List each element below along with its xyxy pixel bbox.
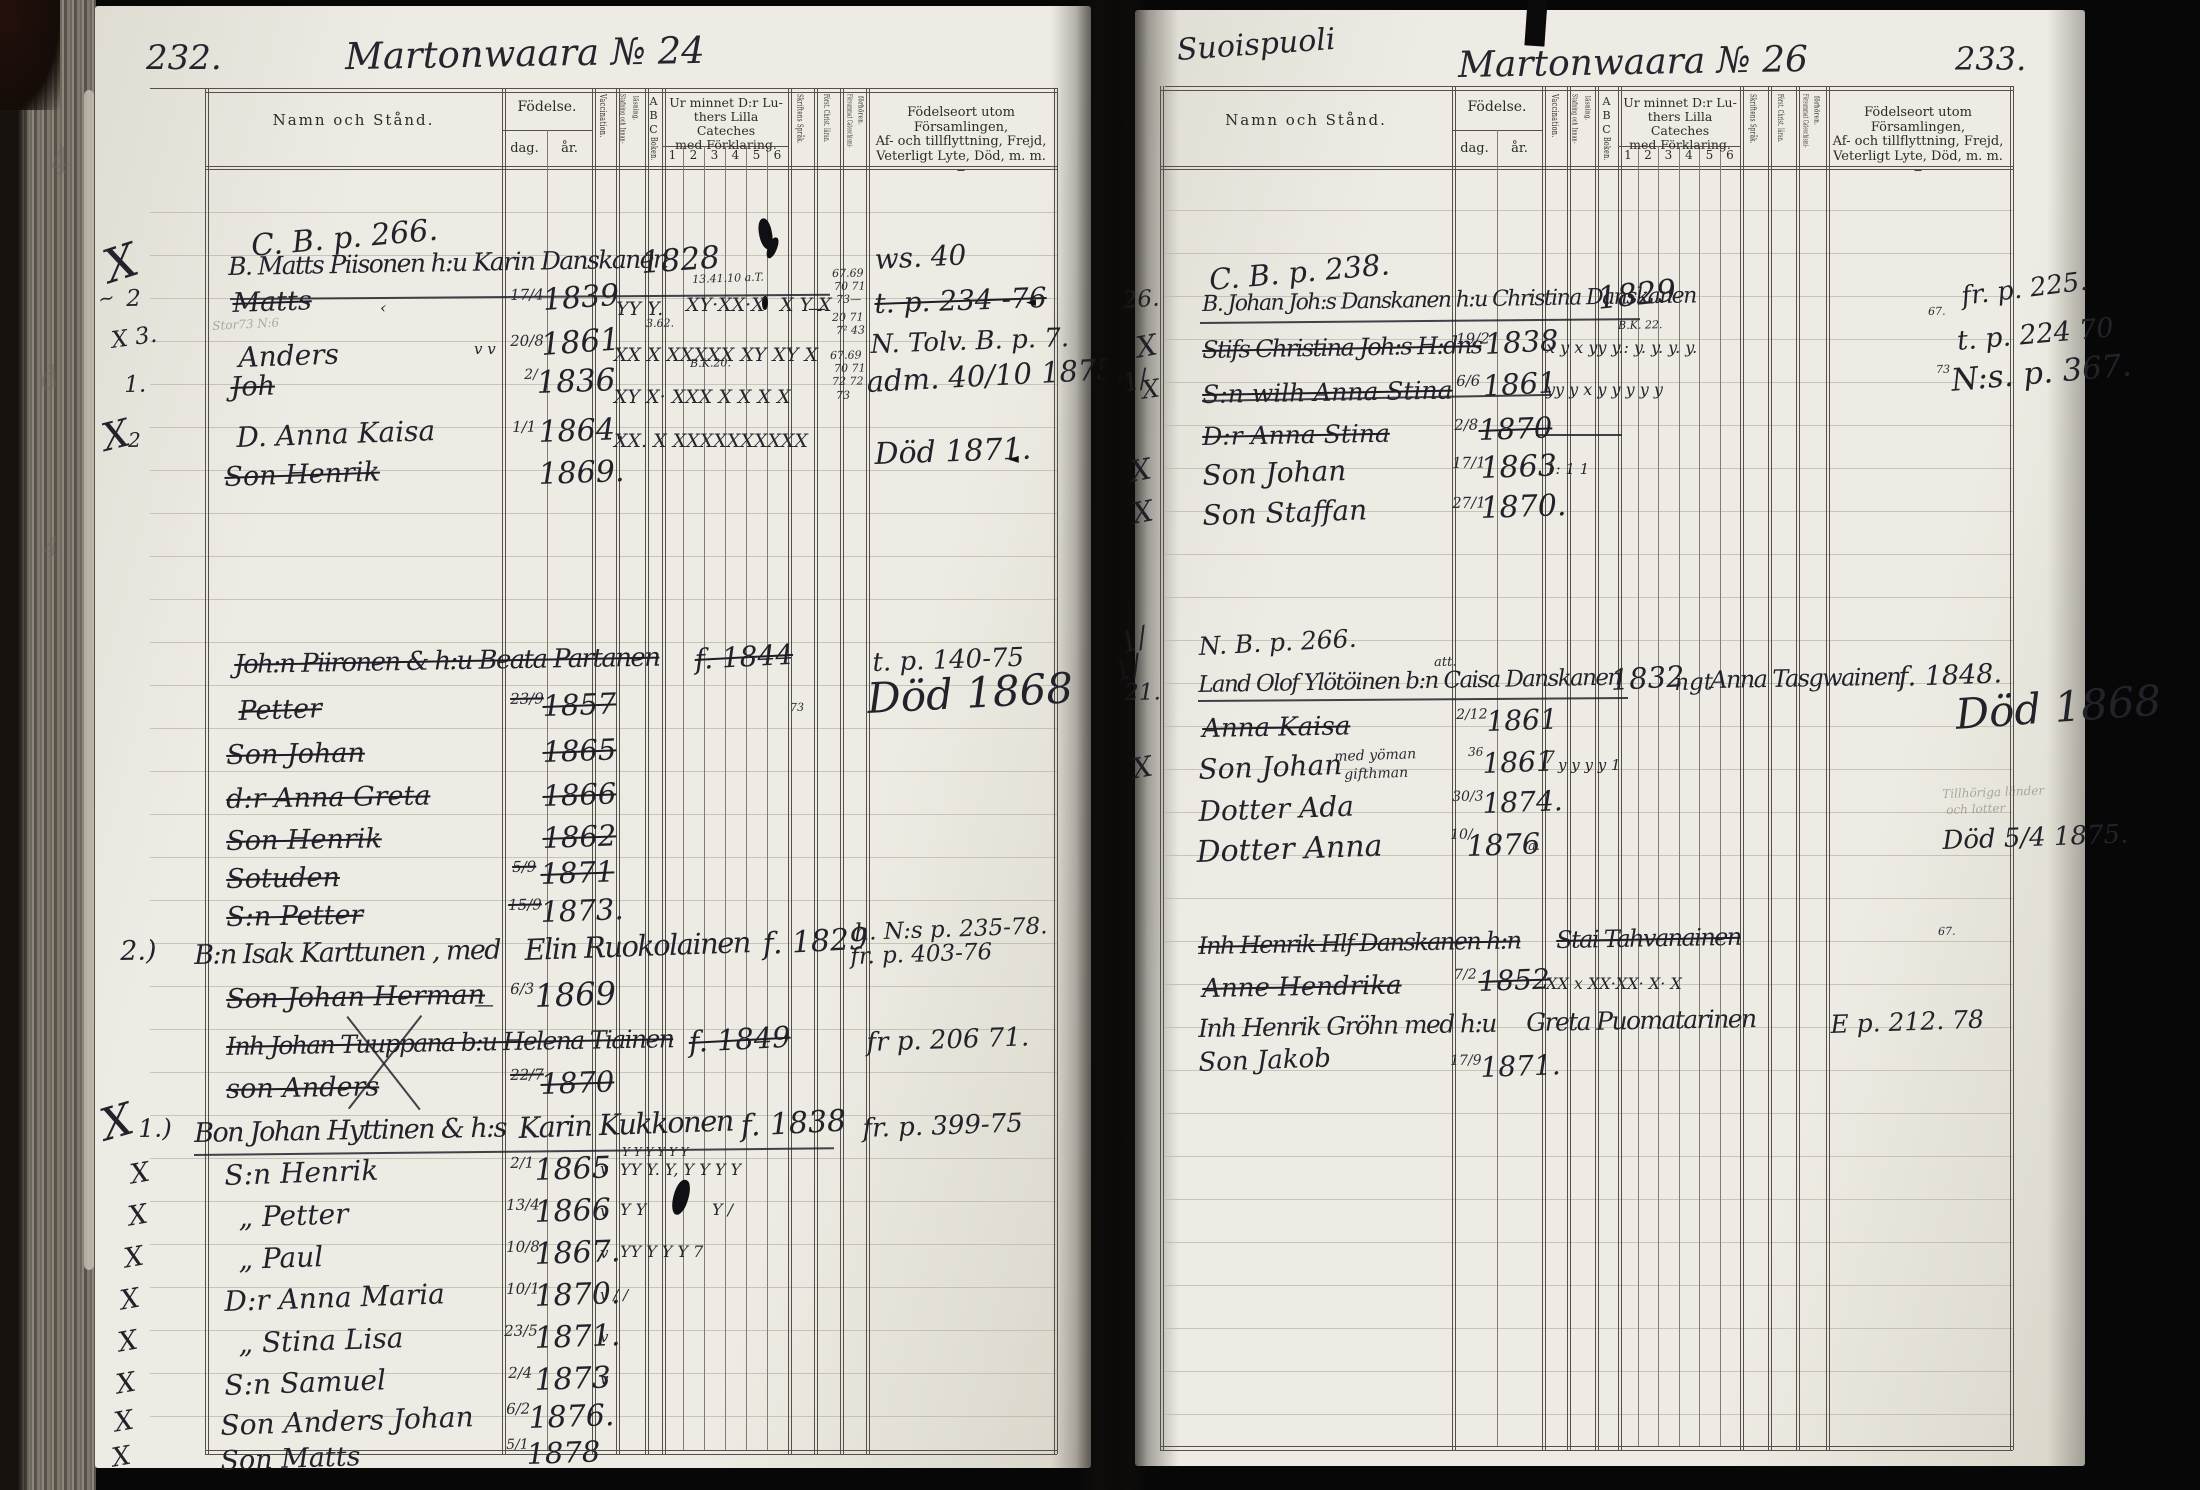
ruled-line <box>1165 1371 2013 1372</box>
table-rule <box>866 88 867 1454</box>
handwriting: D. Anna Kaisa <box>236 417 436 452</box>
table-rule <box>1796 86 1797 1450</box>
handwriting: 1.) <box>138 1115 172 1141</box>
table-top-border <box>205 92 1057 93</box>
handwriting: Sotuden <box>226 864 340 893</box>
catechism-col-2: 2 <box>1638 149 1658 162</box>
handwriting: B:n Isak Karttunen , med <box>194 937 500 969</box>
handwriting: att. <box>1434 656 1457 669</box>
handwriting: yy y x y y y y y <box>1546 382 1663 398</box>
column-header-reading-1: Stafning och Innan- <box>1570 94 1578 144</box>
handwriting: Död 1868 <box>866 667 1074 720</box>
handwriting: Son Henrik <box>226 825 382 855</box>
book-gutter-shadow <box>1076 0 1148 1490</box>
column-header-catechism: Ur minnet D:r Lu- thers Lilla Cateches m… <box>664 96 788 152</box>
handwriting: 6/6 <box>1456 374 1480 389</box>
handwriting: son Anders <box>226 1073 379 1103</box>
handwriting: 6/2 <box>506 1402 530 1417</box>
table-rule <box>502 88 503 1454</box>
notes-line-2: Af- och tillflyttning, Frejd, <box>1826 135 2010 150</box>
column-header-reading-2: läsning. <box>631 96 639 121</box>
table-top-border <box>1165 86 2013 87</box>
ruled-line <box>150 814 1057 815</box>
table-rule <box>1160 86 1161 1450</box>
table-rule <box>1163 86 1164 1450</box>
handwriting: 1. <box>124 374 146 397</box>
ruled-line <box>1165 1242 2013 1243</box>
column-header-reading-2: läsning. <box>1583 96 1591 121</box>
handwriting: fr. p. 399-75 <box>862 1110 1023 1142</box>
column-header-day: dag. <box>1452 142 1497 157</box>
handwriting: 1873. <box>540 895 624 927</box>
notes-line-1: Födelseort utom Församlingen, <box>1826 106 2010 135</box>
handwriting: Son Anders Johan <box>220 1403 474 1440</box>
handwriting: x y x yy y.: y. y. y. y. <box>1546 340 1697 356</box>
catechism-col-3: 3 <box>1658 149 1679 162</box>
right-page-title: Martonwaara № 26 <box>1458 39 1809 86</box>
column-header-notes: Födelseort utom Församlingen, Af- och ti… <box>1826 106 2010 179</box>
notes-line-2: Af- och tillflyttning, Frejd, <box>868 135 1054 150</box>
handwriting: Stor73 N:6 <box>212 317 279 332</box>
handwriting: XY·XX·X <box>686 296 765 315</box>
handwriting: 6/3 <box>510 982 534 997</box>
handwriting: Son Jakob <box>1198 1045 1331 1076</box>
handwriting: Son Johan Herman <box>226 981 485 1013</box>
handwriting: YY Y Y Y 7 <box>620 1244 703 1260</box>
handwriting: S:n Samuel <box>224 1366 386 1400</box>
handwriting: Joh:n Piironen & h:u Beata Partanen <box>234 645 660 678</box>
catechism-sub-divider <box>746 146 747 1450</box>
handwriting: Dotter Ada <box>1198 793 1354 826</box>
handwriting: 70 71 <box>834 280 866 292</box>
column-header-birth: Födelse. <box>502 100 592 116</box>
handwriting: „ Stina Lisa <box>238 1324 404 1358</box>
catechism-col-1: 1 <box>1618 149 1638 162</box>
column-header-abc-a: A <box>1595 96 1618 108</box>
handwriting: Anna Kaisa <box>1202 713 1351 742</box>
catechism-sub-divider <box>1699 146 1700 1446</box>
handwriting: B.K. 22. <box>1618 319 1662 331</box>
handwriting: 1874. <box>1482 787 1563 818</box>
table-bottom-border <box>1160 1450 2013 1451</box>
handwriting: 2/12 <box>1456 707 1488 722</box>
ink-stroke <box>1536 434 1622 436</box>
handwriting: 73 <box>836 390 850 401</box>
handwriting: „ Paul <box>238 1243 324 1274</box>
handwriting: 13.41.10 a.T. <box>692 271 764 284</box>
handwriting: 1852 <box>1478 966 1550 996</box>
catechism-sub-divider <box>1720 146 1721 1446</box>
table-rule <box>1743 86 1744 1450</box>
handwriting: 1870 <box>1478 413 1553 445</box>
handwriting: E p. 212. 78 <box>1830 1007 1984 1037</box>
handwriting: 2/1 <box>510 1156 534 1171</box>
handwriting: 5/9 <box>512 860 536 875</box>
handwriting: v v <box>474 342 496 357</box>
table-rule <box>1057 88 1058 1454</box>
handwriting: 1836 <box>536 365 616 399</box>
table-rule <box>1799 86 1800 1450</box>
handwriting: v <box>600 1162 608 1177</box>
left-page-number: 232. <box>146 38 222 78</box>
ruled-line <box>150 212 1057 213</box>
left-page-title: Martonwaara № 24 <box>345 29 705 78</box>
catechism-sub-divider <box>767 146 768 1450</box>
handwriting: 1839 <box>542 281 620 316</box>
handwriting: 1861 <box>540 324 621 360</box>
table-rule <box>1826 86 1827 1450</box>
handwriting: Joh <box>230 372 275 401</box>
handwriting: D:r Anna Stina <box>1202 421 1390 449</box>
table-rule <box>205 88 206 1454</box>
handwriting: 73 <box>790 702 804 713</box>
table-top-border <box>150 88 1057 89</box>
handwriting: 73 <box>1936 364 1950 375</box>
table-rule <box>208 88 209 1454</box>
handwriting: Död 1868 <box>1954 680 2163 736</box>
handwriting: med yöman <box>1334 747 1416 764</box>
column-header-abc-book: Boken. <box>1601 137 1611 161</box>
handwriting: 70 71 <box>834 362 866 374</box>
ruled-line <box>1165 1414 2013 1415</box>
handwriting: Matts <box>232 287 312 317</box>
catechism-line-1: Ur minnet D:r Lu- <box>1620 96 1740 110</box>
handwriting: Anna Tasgwainen <box>1710 665 1900 692</box>
column-header-abc-book: Boken. <box>648 137 658 161</box>
handwriting: XX. X XXXXXXXXXX <box>614 432 808 451</box>
notes-line-3: Veterligt Lyte, Död, m. m. <box>1826 150 2010 165</box>
table-rule <box>1771 86 1772 1450</box>
handwriting: Y / <box>712 1202 733 1218</box>
handwriting: f. 1848. <box>1898 660 2002 691</box>
handwriting: v <box>600 1372 608 1387</box>
handwriting: „ Petter <box>238 1200 349 1232</box>
handwriting: 67.69 <box>830 349 862 361</box>
handwriting: 2 <box>128 430 141 450</box>
handwriting: fr. p. 403-76 <box>850 941 993 969</box>
handwriting: 23/9 <box>510 691 544 707</box>
catechism-col-1: 1 <box>662 149 683 162</box>
catechism-col-6: 6 <box>767 149 788 162</box>
handwriting: Petter <box>238 695 322 725</box>
handwriting: och lotter <box>1946 802 2005 816</box>
handwriting: fr p. 206 71. <box>866 1024 1030 1056</box>
handwriting: 1: 1 1 <box>1546 462 1589 477</box>
handwriting: 72 72 <box>832 375 864 387</box>
handwriting: Inh Henrik Gröhn med h:u <box>1198 1011 1496 1041</box>
handwriting: Son Johan <box>1202 457 1347 490</box>
handwriting: 17/4 <box>510 287 544 303</box>
handwriting: Son Johan <box>226 740 365 769</box>
handwriting: S:n Petter <box>226 902 364 931</box>
handwriting: 1876. <box>528 1401 615 1434</box>
catechism-sub-divider <box>704 146 705 1450</box>
handwriting: t. p. 234 -76 <box>874 284 1047 318</box>
handwriting: XY X· XXX X X X X <box>614 388 791 407</box>
handwriting: 67. <box>1928 306 1946 317</box>
column-header-day: dag. <box>502 142 547 157</box>
handwriting: 73— <box>836 294 861 305</box>
table-rule <box>1829 86 1830 1450</box>
handwriting: 20 71 <box>832 311 864 323</box>
table-rule <box>814 88 815 1454</box>
handwriting: 1869. <box>538 457 625 490</box>
column-header-vaccination: Vaccination. <box>597 94 607 138</box>
column-header-understanding: Först. Christ. läran. <box>821 94 830 143</box>
book-corner-shadow <box>0 0 60 110</box>
handwriting: ngt <box>1674 671 1713 695</box>
catechism-col-4: 4 <box>725 149 746 162</box>
column-header-missed-2: förhören. <box>856 96 864 125</box>
handwriting: Son Henrik <box>224 459 380 491</box>
table-rule <box>1740 86 1741 1450</box>
handwriting: 3.62. <box>646 318 674 329</box>
handwriting: a. <box>1528 840 1540 853</box>
handwriting: f. 1838 <box>740 1106 847 1141</box>
handwriting: v <box>600 1246 608 1261</box>
column-header-scripture: Skriftens Språk. <box>1747 94 1757 144</box>
handwriting: f. 1844 <box>694 641 794 674</box>
ruled-line <box>1165 253 2013 254</box>
handwriting: 2/8 <box>1454 418 1478 433</box>
handwriting: 7 <box>1544 750 1555 767</box>
column-header-missed-2: förhören. <box>1812 96 1820 125</box>
handwriting: Son Johan <box>1198 751 1343 784</box>
column-header-birth: Födelse. <box>1452 100 1542 116</box>
catechism-line-2: thers Lilla Cateches <box>1620 110 1740 138</box>
catechism-col-4: 4 <box>1679 149 1699 162</box>
ink-blot-top <box>1524 0 1547 47</box>
handwriting: ws. 40 <box>874 241 967 274</box>
handwriting: Son Matts <box>220 1443 361 1475</box>
handwriting: gifthman <box>1344 766 1408 782</box>
catechism-col-3: 3 <box>704 149 725 162</box>
handwriting: B.K.20. <box>690 357 731 369</box>
handwriting: Bon Johan Hyttinen & h:s <box>194 1115 506 1147</box>
handwriting: 1871 <box>540 857 615 889</box>
ruled-line <box>1165 1328 2013 1329</box>
handwriting: ‹ <box>380 300 386 316</box>
handwriting: 1865 <box>542 735 617 767</box>
catechism-sub-divider <box>725 146 726 1450</box>
column-header-missed-1: Försummat Cateschismi- <box>845 94 853 148</box>
column-header-name: Namn och Stånd. <box>205 112 502 129</box>
column-header-year: år. <box>547 142 592 157</box>
notes-dash: ‒ <box>868 164 1054 179</box>
catechism-line-1: Ur minnet D:r Lu- <box>664 96 788 110</box>
handwriting: d:r Anna Greta <box>226 782 431 813</box>
handwriting: 1871. <box>1480 1051 1561 1082</box>
column-header-abc-b: B <box>645 110 662 122</box>
column-header-abc-b: B <box>1595 110 1618 122</box>
table-rule <box>869 88 870 1454</box>
book-page-stack-edge <box>0 0 96 1490</box>
column-header-year: år. <box>1497 142 1542 157</box>
handwriting: 2/4 <box>508 1366 532 1381</box>
handwriting: Död 5/4 1875. <box>1942 822 2129 854</box>
column-header-missed-1: Försummat Cateschismi- <box>1801 94 1809 148</box>
catechism-col-2: 2 <box>683 149 704 162</box>
catechism-line-2: thers Lilla Cateches <box>664 110 788 138</box>
column-header-abc-c: C <box>1595 124 1618 136</box>
handwriting: ◄ <box>1026 296 1036 309</box>
table-bottom-border <box>1160 1446 2013 1447</box>
catechism-col-6: 6 <box>1720 149 1740 162</box>
handwriting: Stifs Christina Joh:s H:dns <box>1202 333 1481 362</box>
notes-dash: ‒ <box>1826 164 2010 179</box>
handwriting: Inh Henrik Hlf Danskanen h:n <box>1198 928 1521 958</box>
handwriting: 67. <box>1938 926 1956 937</box>
handwriting: Stai Tahvanainen <box>1556 925 1741 952</box>
handwriting: 1870 <box>540 1067 615 1099</box>
ruled-line <box>1165 597 2013 598</box>
ruled-line <box>150 513 1057 514</box>
ruled-line <box>150 599 1057 600</box>
notes-line-1: Födelseort utom Församlingen, <box>868 106 1054 135</box>
handwriting: Tillhöriga länder <box>1942 784 2044 800</box>
handwriting: X <box>110 1443 133 1472</box>
handwriting: 1829 <box>1596 276 1678 315</box>
ruled-line <box>1165 1285 2013 1286</box>
handwriting: 1878 <box>526 1437 601 1469</box>
handwriting: 1862 <box>542 821 617 853</box>
handwriting: 1/1 <box>512 420 536 435</box>
handwriting: YY Y. Y, Y Y Y Y <box>620 1162 741 1178</box>
column-header-abc-c: C <box>645 124 662 136</box>
handwriting: v <box>600 1330 608 1345</box>
handwriting: Inh Johan Tuuppana b:u Helena Tiainen <box>226 1026 673 1059</box>
handwriting: 1857 <box>542 689 617 721</box>
column-header-understanding: Först. Christ. läran. <box>1775 94 1784 143</box>
handwriting: 1861 <box>1486 706 1558 736</box>
handwriting: S:n wilh Anna Stina <box>1202 378 1453 407</box>
handwriting: 20/8 <box>510 333 544 349</box>
ruled-line <box>1165 898 2013 899</box>
column-header-catechism: Ur minnet D:r Lu- thers Lilla Cateches m… <box>1620 96 1740 152</box>
notes-line-3: Veterligt Lyte, Död, m. m. <box>868 150 1054 165</box>
column-header-notes: Födelseort utom Församlingen, Af- och ti… <box>868 106 1054 179</box>
handwriting: 1864. <box>538 415 625 448</box>
handwriting: Elin Ruokolainen <box>524 928 750 965</box>
handwriting: 17/9 <box>1450 1053 1482 1068</box>
handwriting: 15/9 <box>508 897 542 913</box>
column-header-reading-1: Stafning och Innan- <box>618 94 626 144</box>
ruled-line <box>1165 210 2013 211</box>
table-rule <box>1054 88 1055 1454</box>
handwriting: S:n Henrik <box>224 1157 379 1190</box>
ruled-line <box>1165 1199 2013 1200</box>
handwriting: v <box>600 1204 608 1219</box>
right-page-number: 233. <box>1955 40 2026 78</box>
handwriting: ◄ <box>1008 452 1019 466</box>
handwriting: B. Matts Piisonen h:u Karin Danskanen <box>228 246 668 279</box>
handwriting: 1866 <box>542 779 617 811</box>
handwriting: Karin Kukkonen <box>518 1107 733 1143</box>
handwriting: 1870. <box>1480 491 1567 524</box>
handwriting: 1869 <box>534 977 617 1012</box>
handwriting: y y y y 1 <box>1558 758 1621 773</box>
handwriting: Y Y <box>620 1202 646 1218</box>
handwriting: Anne Hendrika <box>1202 973 1402 1002</box>
handwriting: — <box>474 994 494 1014</box>
handwriting: 7/2 <box>1454 968 1477 982</box>
handwriting: 30/3 <box>1452 789 1484 804</box>
handwriting: XX x XX·XX· X· X <box>1546 976 1682 992</box>
table-rule <box>791 88 792 1454</box>
handwriting: f. 1849 <box>688 1023 791 1057</box>
column-header-scripture: Skriftens Språk. <box>794 94 804 144</box>
handwriting: Anders <box>238 340 339 371</box>
column-header-name: Namn och Stånd. <box>1160 112 1452 129</box>
handwriting: 67.69 <box>832 267 864 279</box>
ruled-line <box>150 771 1057 772</box>
table-rule <box>788 88 789 1454</box>
handwriting: — <box>808 300 826 318</box>
catechism-col-5: 5 <box>746 149 767 162</box>
table-top-border <box>1160 90 2013 91</box>
handwriting: 2.) <box>120 937 157 965</box>
handwriting: X 3. <box>110 324 158 353</box>
column-header-vaccination: Vaccination. <box>1549 94 1559 138</box>
page-edge-highlight <box>84 90 94 1270</box>
handwriting: Y Y Y Y Y Y <box>622 1146 689 1158</box>
handwriting: Dotter Anna <box>1196 832 1383 868</box>
handwriting: 4 <box>42 534 61 562</box>
ruled-line <box>1165 1156 2013 1157</box>
handwriting: 2 <box>126 288 141 311</box>
handwriting: 22/7 <box>510 1067 544 1083</box>
table-rule <box>1768 86 1769 1450</box>
handwriting: Greta Puomatarinen <box>1526 1006 1756 1035</box>
handwriting: 7² 43 <box>836 324 865 336</box>
handwriting: 23/5 <box>504 1323 538 1339</box>
column-header-abc-a: A <box>645 96 662 108</box>
ruled-line <box>1165 1113 2013 1114</box>
handwriting: Son Staffan <box>1202 496 1368 530</box>
catechism-col-5: 5 <box>1699 149 1720 162</box>
ruled-line <box>1165 554 2013 555</box>
handwriting: v / / <box>600 1288 628 1303</box>
scanned-parish-register-spread: 232. Martonwaara № 24 Namn och Stånd. Fö… <box>0 0 2200 1490</box>
ruled-line <box>150 556 1057 557</box>
handwriting: N. Tolv. B. p. 7. <box>870 325 1069 358</box>
ruled-line <box>150 728 1057 729</box>
handwriting: D:r Anna Maria <box>224 1280 445 1316</box>
